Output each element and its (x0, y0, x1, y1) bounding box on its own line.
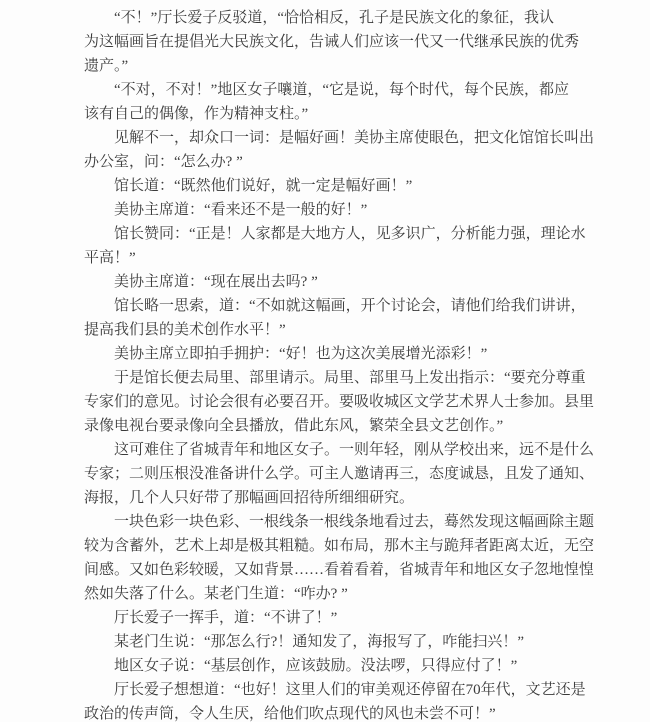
text-line: 馆长略一思索，道：“不如就这幅画，开个讨论会，请他们给我们讲讲， (84, 294, 586, 318)
text-line: “不！”厅长爱子反驳道，“恰恰相反，孔子是民族文化的象征，我认 (84, 6, 586, 30)
text-line: 专家们的意见。讨论会很有必要召开。要吸收城区文学艺术界人士参加。县里 (84, 390, 586, 414)
text-line: 这可难住了省城青年和地区女子。一则年轻，刚从学校出来，远不是什么 (84, 438, 586, 462)
text-line: 专家；二则压根没准备讲什么学。可主人邀请再三，态度诚恳，且发了通知、 (84, 462, 586, 486)
text-line: 馆长赞同：“正是！人家都是大地方人，见多识广，分析能力强，理论水 (84, 222, 586, 246)
text-line: 办公室，问：“怎么办? ” (84, 150, 586, 174)
text-line: 美协主席立即拍手拥护：“好！也为这次美展增光添彩！” (84, 342, 586, 366)
text-line: 美协主席道：“现在展出去吗? ” (84, 270, 586, 294)
text-line: 该有自己的偶像，作为精神支柱。” (84, 102, 586, 126)
text-line: 地区女子说：“基层创作，应该鼓励。没法啰，只得应付了！” (84, 654, 586, 678)
text-line: 较为含蓄外，艺术上却是极其粗糙。如布局，那木主与跪拜者距离太近，无空 (84, 534, 586, 558)
text-line: 厅长爱子想想道：“也好！这里人们的审美观还停留在70年代，文艺还是 (84, 678, 586, 702)
text-line: 录像电视台要录像向全县播放，借此东风，繁荣全县文艺创作。” (84, 414, 586, 438)
text-line: 然如失落了什么。某老门生道：“咋办? ” (84, 582, 586, 606)
text-line: 平高！” (84, 246, 586, 270)
book-page: “不！”厅长爱子反驳道，“恰恰相反，孔子是民族文化的象征，我认为这幅画旨在提倡光… (0, 0, 650, 722)
text-line: 某老门生说：“那怎么行?！通知发了，海报写了，咋能扫兴！” (84, 630, 586, 654)
text-line: 海报，几个人只好带了那幅画回招待所细细研究。 (84, 486, 586, 510)
text-line: 于是馆长便去局里、部里请示。局里、部里马上发出指示：“要充分尊重 (84, 366, 586, 390)
text-line: 政治的传声筒，令人生厌，给他们吹点现代的风也未尝不可！” (84, 702, 586, 722)
text-line: “不对，不对！”地区女子嚷道，“它是说，每个时代，每个民族，都应 (84, 78, 586, 102)
text-line: 馆长道：“既然他们说好，就一定是幅好画！” (84, 174, 586, 198)
text-line: 遗产。” (84, 54, 586, 78)
text-line: 提高我们县的美术创作水平！” (84, 318, 586, 342)
text-line: 一块色彩一块色彩、一根线条一根线条地看过去，蓦然发现这幅画除主题 (84, 510, 586, 534)
text-line: 间感。又如色彩较暖，又如背景……看着看着，省城青年和地区女子忽地惶惶 (84, 558, 586, 582)
text-line: 见解不一，却众口一词：是幅好画！美协主席使眼色，把文化馆馆长叫出 (84, 126, 586, 150)
text-line: 厅长爱子一挥手，道：“不讲了！” (84, 606, 586, 630)
text-line: 美协主席道：“看来还不是一般的好！” (84, 198, 586, 222)
text-line: 为这幅画旨在提倡光大民族文化，告诫人们应该一代又一代继承民族的优秀 (84, 30, 586, 54)
